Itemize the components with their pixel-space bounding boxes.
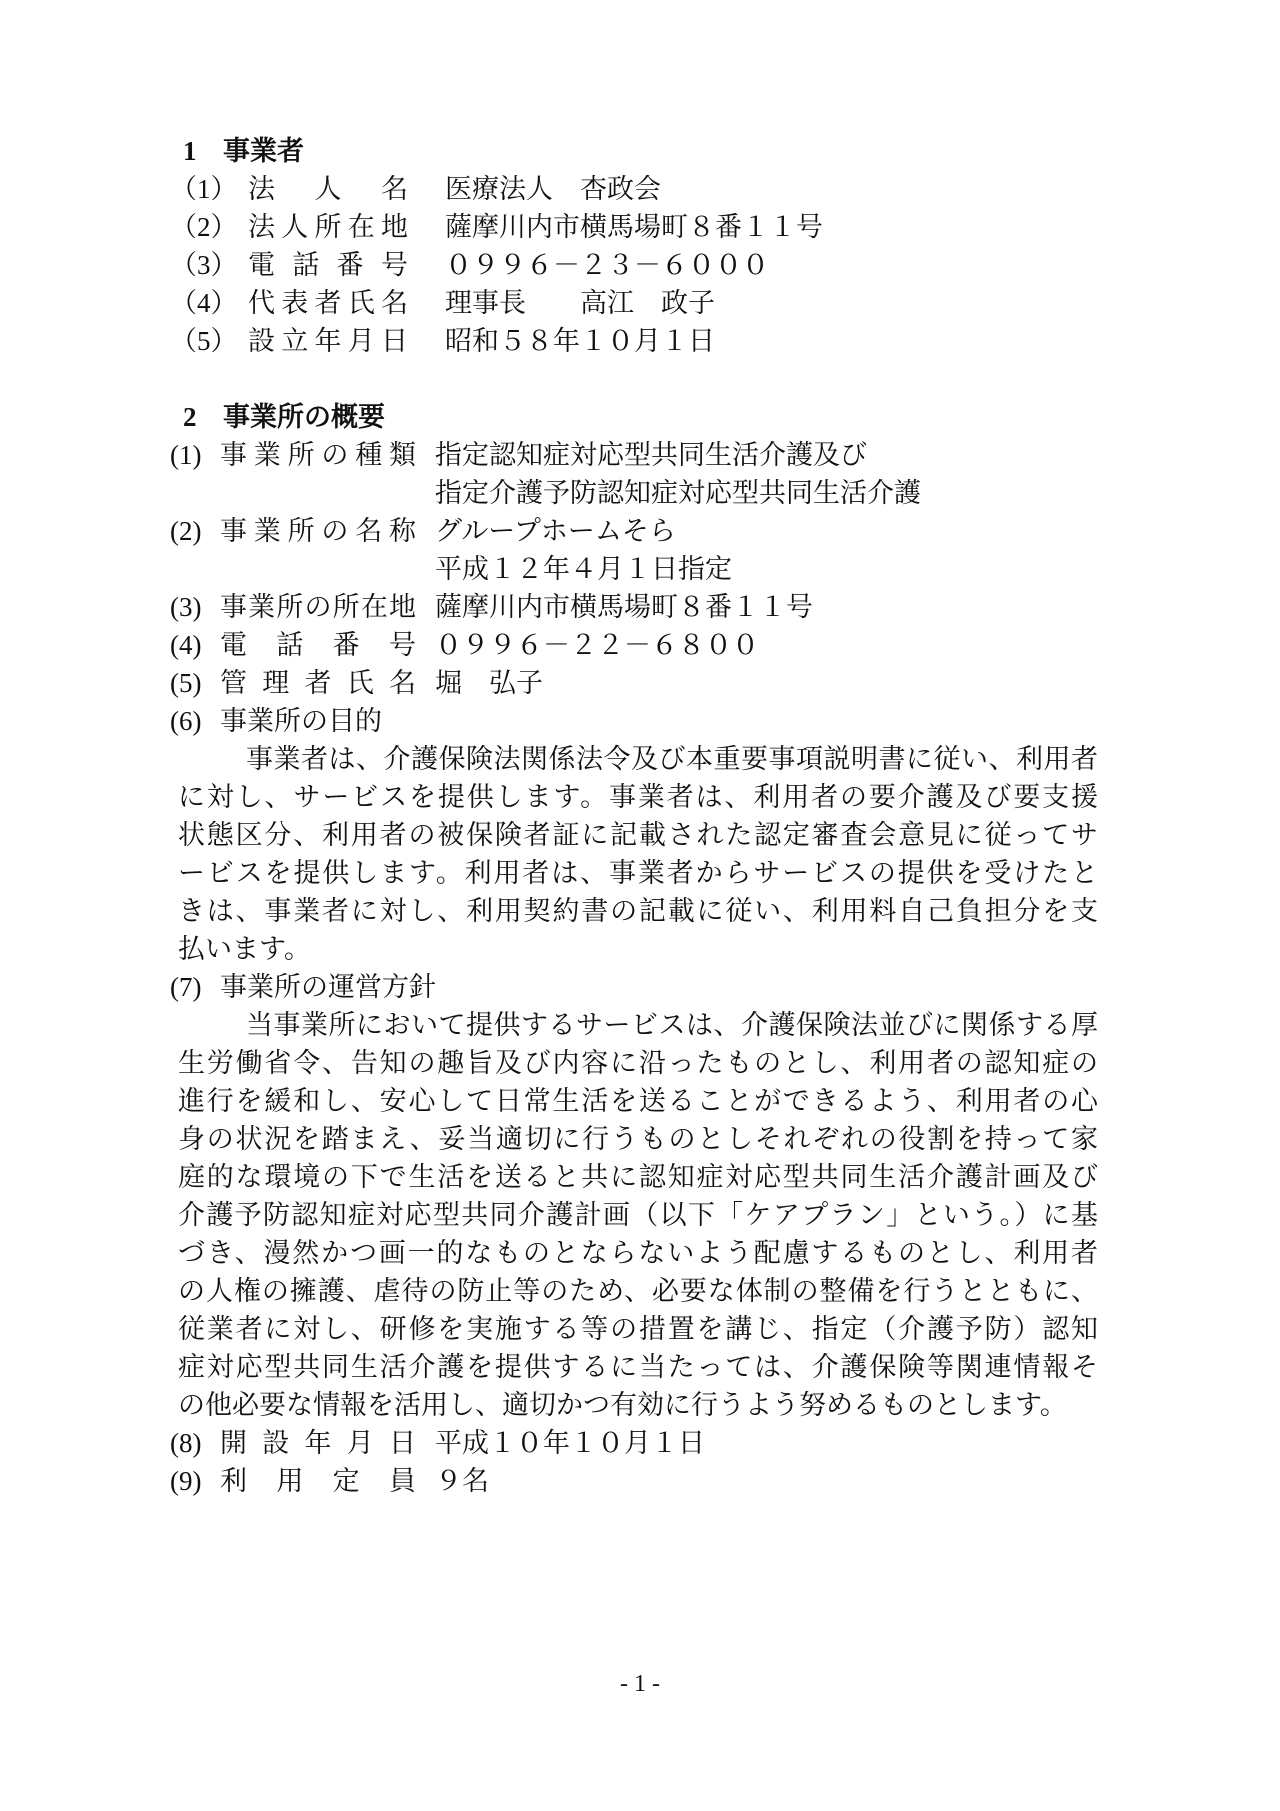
item-row-office-type: (1) 事業所の種類 指定認知症対応型共同生活介護及び [0, 436, 1280, 474]
page-number: - 1 - [0, 1668, 1280, 1700]
paragraph-line: 庭的な環境の下で生活を送ると共に認知症対応型共同生活介護計画及び [178, 1158, 1098, 1196]
item-label: 事業所の名称 [220, 512, 416, 550]
item-number: (6) [0, 702, 220, 740]
paragraph-line: 生労働省令、告知の趣旨及び内容に沿ったものとし、利用者の認知症の [178, 1044, 1098, 1082]
item-value: 薩摩川内市横馬場町８番１１号 [435, 588, 813, 626]
item-number: (3) [0, 588, 220, 626]
item-number: (1) [0, 436, 220, 474]
item-row-office-phone: (4) 電話番号 ０９９６－２２－６８００ [0, 626, 1280, 664]
document-content: 1事業者 （1） 法人名 医療法人 杏政会 （2） 法人所在地 薩摩川内市横馬場… [0, 0, 1280, 1500]
item-label: 事業所の運営方針 [220, 968, 436, 1006]
item-label: 事業所の目的 [220, 702, 382, 740]
item-number: (9) [0, 1462, 220, 1500]
paragraph-line: 進行を緩和し、安心して日常生活を送ることができるよう、利用者の心 [178, 1082, 1098, 1120]
item-label: 事業所の種類 [220, 436, 416, 474]
item-number: (7) [0, 968, 220, 1006]
item-label: 法人所在地 [248, 208, 408, 246]
purpose-paragraph: 事業者は、介護保険法関係法令及び本重要事項説明書に従い、利用者 に対し、サービス… [178, 740, 1098, 968]
item-row-corporate-address: （2） 法人所在地 薩摩川内市横馬場町８番１１号 [0, 208, 1280, 246]
section-title: 事業所の概要 [223, 402, 385, 432]
paragraph-line: 払います。 [178, 930, 1098, 968]
section-office-overview: 2事業所の概要 (1) 事業所の種類 指定認知症対応型共同生活介護及び 指定介護… [0, 398, 1280, 1500]
paragraph-line: に対し、サービスを提供します。事業者は、利用者の要介護及び要支援 [178, 778, 1098, 816]
paragraph-line: の人権の擁護、虐待の防止等のため、必要な体制の整備を行うとともに、 [178, 1272, 1098, 1310]
item-value: ９名 [435, 1462, 489, 1500]
item-row-representative: （4） 代表者氏名 理事長 高江 政子 [0, 284, 1280, 322]
item-row-corporate-phone: （3） 電話番号 ０９９６－２３－６０００ [0, 246, 1280, 284]
item-row-establishment-date: （5） 設立年月日 昭和５８年１０月１日 [0, 322, 1280, 360]
paragraph-line: きは、事業者に対し、利用契約書の記載に従い、利用料自己負担分を支 [178, 892, 1098, 930]
paragraph-line: 従業者に対し、研修を実施する等の措置を講じ、指定（介護予防）認知 [178, 1310, 1098, 1348]
item-value: 医療法人 杏政会 [445, 170, 661, 208]
policy-paragraph: 当事業所において提供するサービスは、介護保険法並びに関係する厚 生労働省令、告知… [178, 1006, 1098, 1424]
item-number: （2） [0, 208, 248, 246]
paragraph-line: 介護予防認知症対応型共同介護計画（以下「ケアプラン」という。）に基 [178, 1196, 1098, 1234]
item-row-operating-policy: (7) 事業所の運営方針 [0, 968, 1280, 1006]
paragraph-line: 状態区分、利用者の被保険者証に記載された認定審査会意見に従ってサ [178, 816, 1098, 854]
section-number: 2 [183, 398, 223, 436]
item-value: 指定認知症対応型共同生活介護及び [435, 436, 867, 474]
document-page: 1事業者 （1） 法人名 医療法人 杏政会 （2） 法人所在地 薩摩川内市横馬場… [0, 0, 1280, 1811]
item-row-opening-date: (8) 開設年月日 平成１０年１０月１日 [0, 1424, 1280, 1462]
item-label: 開設年月日 [220, 1424, 416, 1462]
section-heading: 2事業所の概要 [0, 398, 1280, 436]
paragraph-line: 当事業所において提供するサービスは、介護保険法並びに関係する厚 [178, 1006, 1098, 1044]
paragraph-line: の他必要な情報を活用し、適切かつ有効に行うよう努めるものとします。 [178, 1386, 1098, 1424]
item-value: 平成１０年１０月１日 [435, 1424, 705, 1462]
paragraph-line: 事業者は、介護保険法関係法令及び本重要事項説明書に従い、利用者 [178, 740, 1098, 778]
section-number: 1 [183, 132, 223, 170]
item-label: 代表者氏名 [248, 284, 408, 322]
item-value: 薩摩川内市横馬場町８番１１号 [445, 208, 823, 246]
item-value: 昭和５８年１０月１日 [445, 322, 715, 360]
item-label: 設立年月日 [248, 322, 408, 360]
item-value: 堀 弘子 [435, 664, 543, 702]
paragraph-line: 症対応型共同生活介護を提供するに当たっては、介護保険等関連情報そ [178, 1348, 1098, 1386]
item-value: ０９９６－２３－６０００ [445, 246, 769, 284]
section-heading: 1事業者 [0, 132, 1280, 170]
paragraph-line: 身の状況を踏まえ、妥当適切に行うものとしそれぞれの役割を持って家 [178, 1120, 1098, 1158]
item-number: (2) [0, 512, 220, 550]
paragraph-line: づき、漫然かつ画一的なものとならないよう配慮するものとし、利用者 [178, 1234, 1098, 1272]
item-number: (8) [0, 1424, 220, 1462]
item-row-capacity: (9) 利用定員 ９名 [0, 1462, 1280, 1500]
item-label: 利用定員 [220, 1462, 416, 1500]
paragraph-line: ービスを提供します。利用者は、事業者からサービスの提供を受けたと [178, 854, 1098, 892]
item-number: （1） [0, 170, 248, 208]
item-number: (4) [0, 626, 220, 664]
item-value-continuation: 平成１２年４月１日指定 [0, 550, 1280, 588]
section-gap [0, 360, 1280, 398]
item-value-continuation: 指定介護予防認知症対応型共同生活介護 [0, 474, 1280, 512]
item-row-office-name: (2) 事業所の名称 グループホームそら [0, 512, 1280, 550]
section-business-operator: 1事業者 （1） 法人名 医療法人 杏政会 （2） 法人所在地 薩摩川内市横馬場… [0, 132, 1280, 360]
item-label: 事業所の所在地 [220, 588, 416, 626]
item-label: 電話番号 [220, 626, 416, 664]
section-title: 事業者 [223, 136, 304, 166]
item-row-manager-name: (5) 管理者氏名 堀 弘子 [0, 664, 1280, 702]
item-value: 理事長 高江 政子 [445, 284, 715, 322]
item-value: ０９９６－２２－６８００ [435, 626, 759, 664]
item-row-office-purpose: (6) 事業所の目的 [0, 702, 1280, 740]
item-row-corporate-name: （1） 法人名 医療法人 杏政会 [0, 170, 1280, 208]
item-number: （3） [0, 246, 248, 284]
item-number: （4） [0, 284, 248, 322]
item-label: 電話番号 [248, 246, 408, 284]
item-label: 管理者氏名 [220, 664, 416, 702]
item-label: 法人名 [248, 170, 408, 208]
item-number: （5） [0, 322, 248, 360]
item-row-office-address: (3) 事業所の所在地 薩摩川内市横馬場町８番１１号 [0, 588, 1280, 626]
item-value: グループホームそら [435, 512, 676, 550]
item-number: (5) [0, 664, 220, 702]
